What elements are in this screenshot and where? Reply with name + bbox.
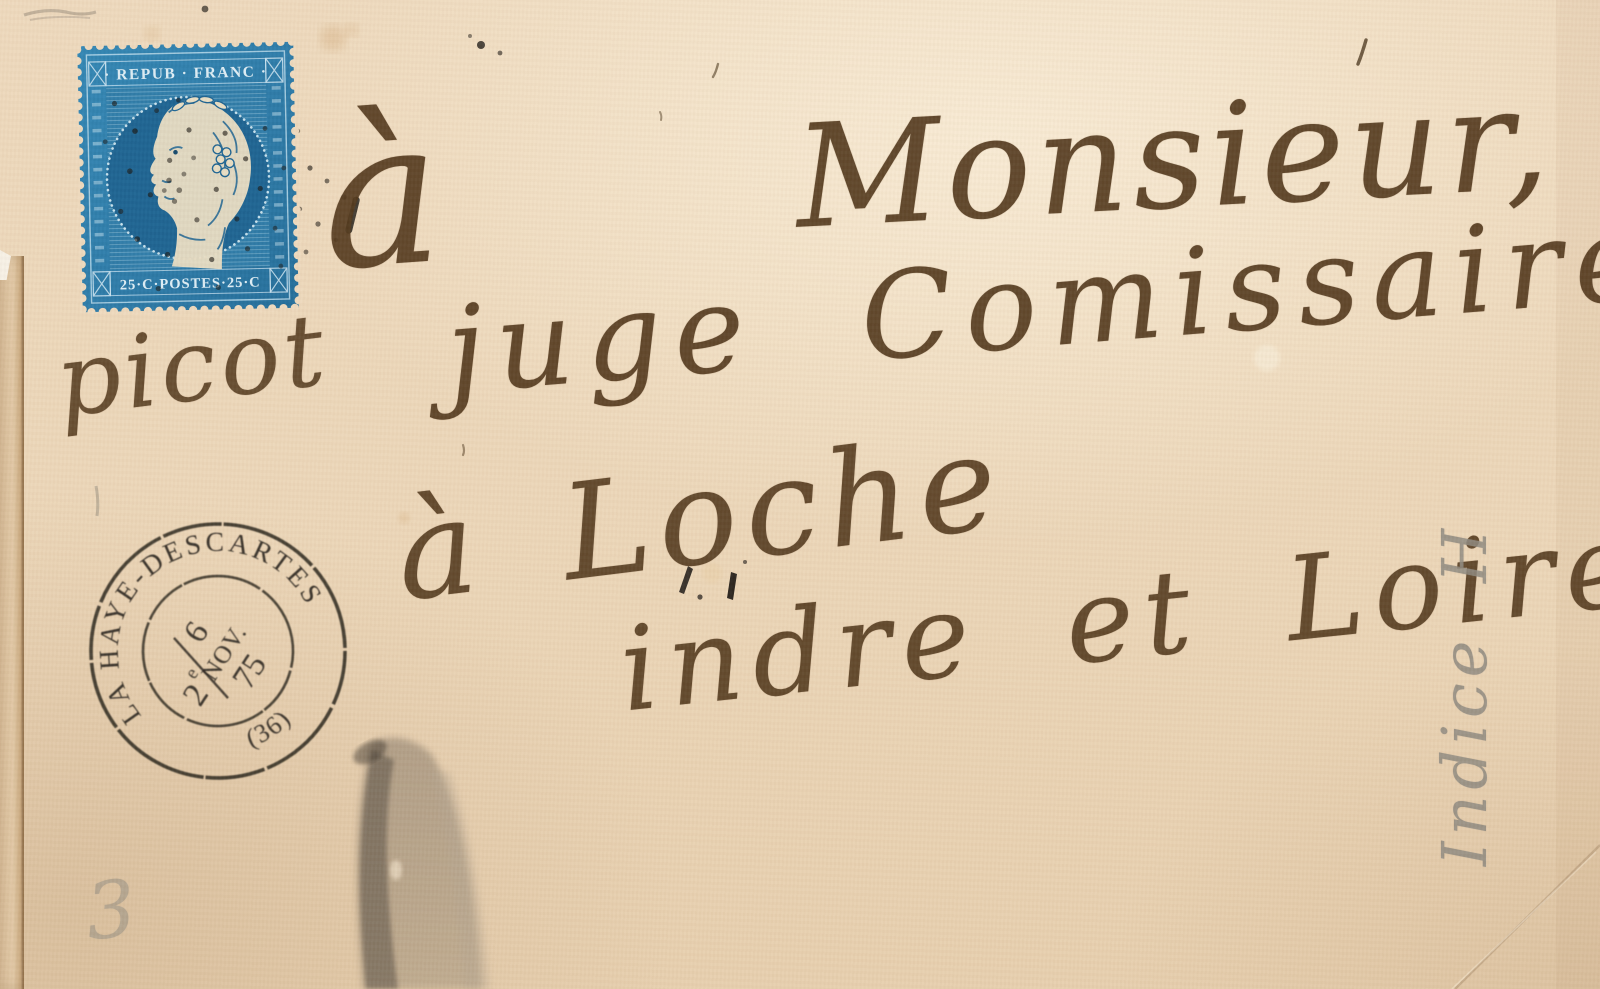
address-line1-prefix: à <box>315 92 448 300</box>
ink-smudge <box>300 700 560 989</box>
pencil-side-note: Indice H <box>1434 556 1496 866</box>
postmark-date-block: 6 NOV. 75 2 e <box>148 599 283 730</box>
postmark-levee-number: 2 <box>176 678 216 712</box>
stamp-bottom-text: 25·C·POSTES·25·C <box>120 275 261 294</box>
pencil-bottom-note: 3 <box>82 870 140 953</box>
stamp-top-text: · REPUB · FRANC · <box>104 63 268 83</box>
postmark-day: 6 <box>177 616 216 649</box>
stamp-svg: · REPUB · FRANC · 25·C·POSTES·25·C <box>71 36 305 319</box>
topleft-scribble <box>24 11 96 20</box>
envelope-scan: LA HAYE-DESCARTES (36) 6 NOV. 75 2 e <box>0 0 1600 989</box>
